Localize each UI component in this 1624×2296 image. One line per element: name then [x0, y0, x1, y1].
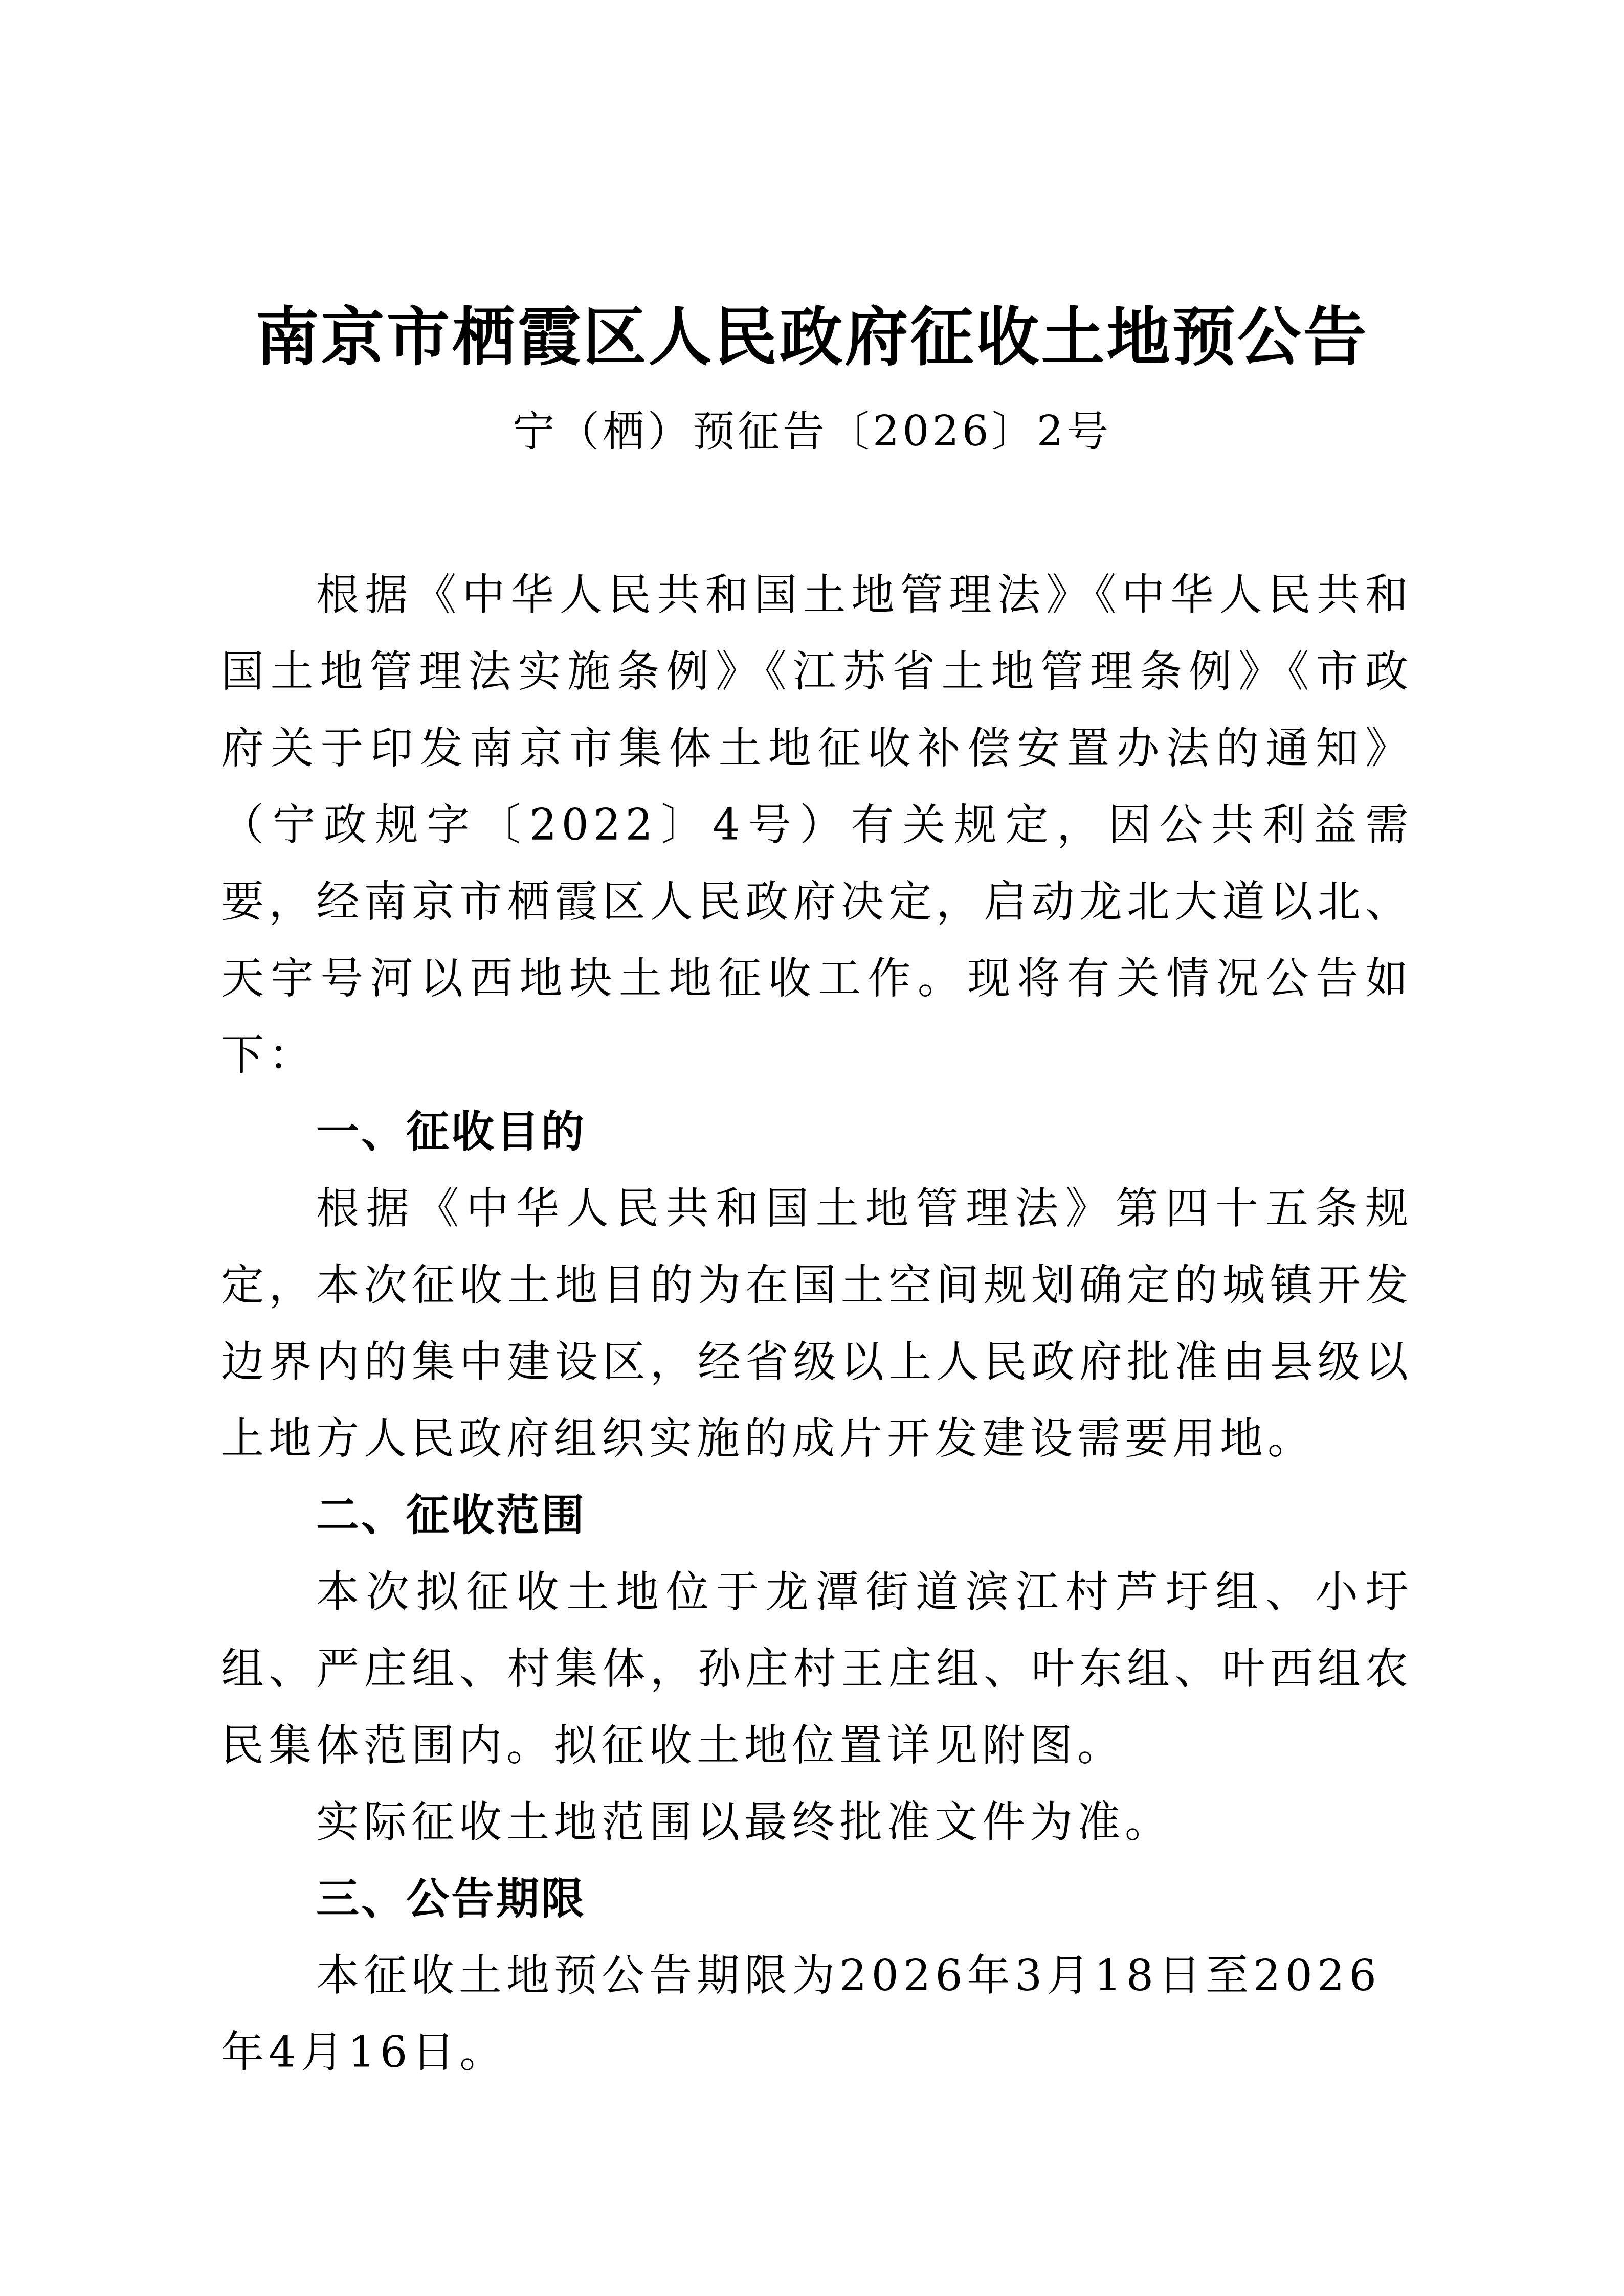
document-number: 宁（栖）预征告〔2026〕2号	[0, 404, 1624, 460]
section-scope-paragraph: 本次拟征收土地位于龙潭街道滨江村芦圩组、小圩组、严庄组、村集体，孙庄村王庄组、叶…	[221, 1554, 1413, 1784]
section-period-paragraph: 本征收土地预公告期限为2026年3月18日至2026年4月16日。	[221, 1937, 1413, 2090]
document-title: 南京市栖霞区人民政府征收土地预公告	[0, 294, 1624, 381]
section-purpose-paragraph: 根据《中华人民共和国土地管理法》第四十五条规定，本次征收土地目的为在国土空间规划…	[221, 1170, 1413, 1477]
intro-paragraph: 根据《中华人民共和国土地管理法》《中华人民共和国土地管理法实施条例》《江苏省土地…	[221, 556, 1413, 1093]
section-heading-period: 三、公告期限	[221, 1860, 1413, 1937]
section-heading-scope: 二、征收范围	[221, 1477, 1413, 1554]
document-page: 南京市栖霞区人民政府征收土地预公告 宁（栖）预征告〔2026〕2号 根据《中华人…	[0, 0, 1624, 2296]
document-body: 根据《中华人民共和国土地管理法》《中华人民共和国土地管理法实施条例》《江苏省土地…	[221, 556, 1413, 2090]
section-scope-note: 实际征收土地范围以最终批准文件为准。	[221, 1784, 1413, 1860]
section-heading-purpose: 一、征收目的	[221, 1093, 1413, 1170]
